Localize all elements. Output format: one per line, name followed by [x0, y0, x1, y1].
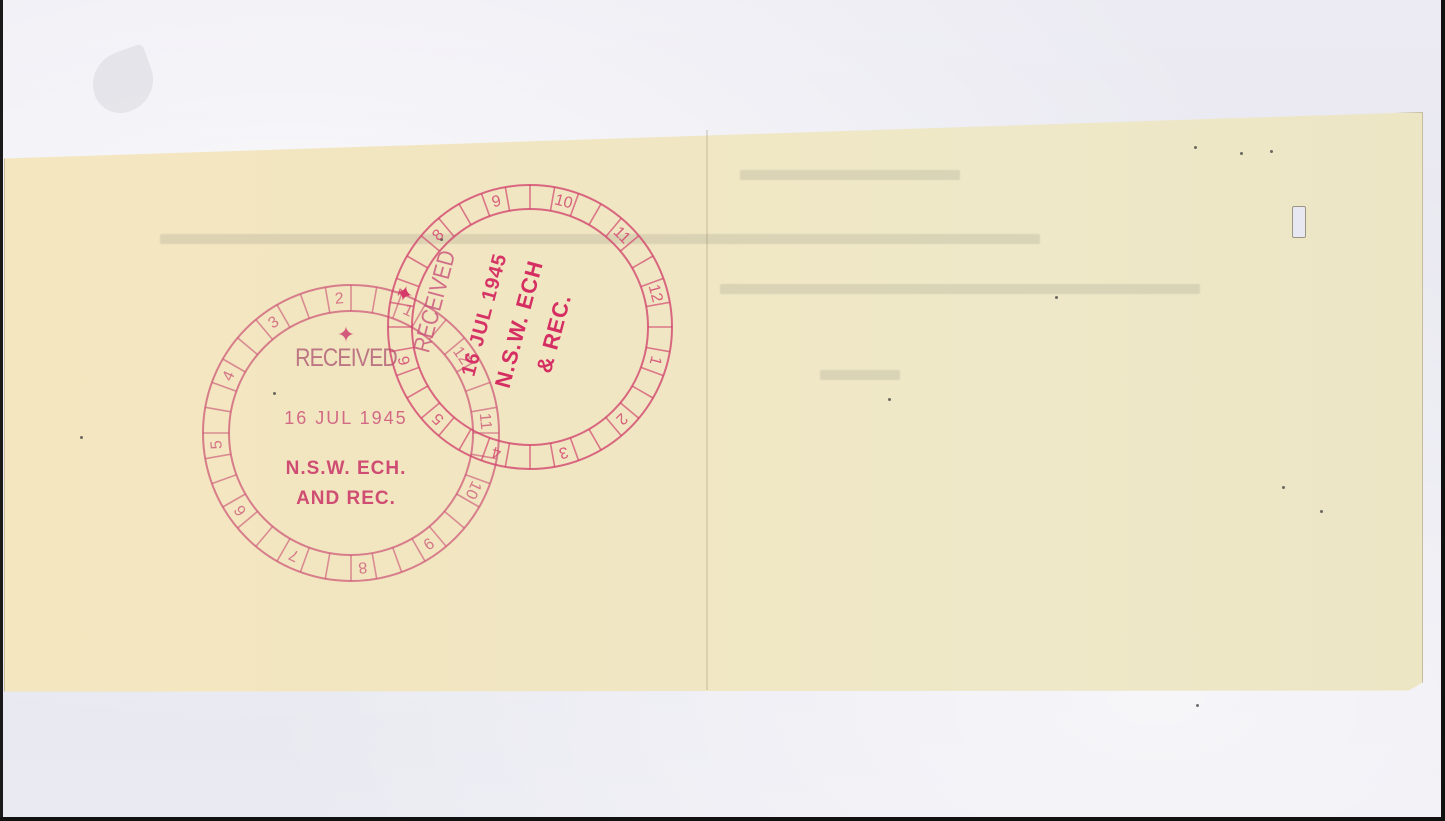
stamp-line-2: AND REC.	[193, 488, 499, 510]
scan-border-bottom	[0, 817, 1445, 821]
ink-speck	[1194, 146, 1197, 149]
paper-fold-line	[706, 130, 708, 690]
svg-text:5: 5	[429, 409, 447, 427]
svg-text:3: 3	[557, 443, 570, 462]
ink-speck	[80, 436, 83, 439]
ink-speck	[1240, 152, 1243, 155]
svg-text:10: 10	[553, 191, 575, 212]
ink-speck	[1055, 296, 1058, 299]
svg-text:2: 2	[612, 409, 630, 427]
scan-border-left	[0, 0, 3, 821]
svg-text:5: 5	[208, 439, 226, 449]
ink-speck	[1196, 704, 1199, 707]
svg-text:12: 12	[645, 283, 666, 305]
svg-text:6: 6	[396, 354, 415, 367]
svg-text:9: 9	[490, 193, 503, 212]
svg-text:1: 1	[646, 354, 665, 367]
show-through-text	[820, 368, 900, 385]
svg-text:7: 7	[286, 545, 301, 564]
svg-text:2: 2	[334, 290, 344, 308]
ink-speck	[1282, 486, 1285, 489]
scan-border-right	[1441, 0, 1445, 821]
svg-text:4: 4	[490, 443, 503, 462]
svg-text:9: 9	[420, 534, 437, 553]
ink-speck	[1320, 510, 1323, 513]
punch-hole	[1292, 206, 1306, 238]
ink-speck	[1270, 150, 1273, 153]
show-through-text	[740, 168, 960, 185]
ink-speck	[888, 398, 891, 401]
svg-text:8: 8	[429, 226, 447, 244]
show-through-text	[720, 282, 1200, 299]
svg-text:8: 8	[357, 558, 367, 576]
received-stamp-right: 910111212345678 ✦ RECEIVED 16 JUL 1945 N…	[380, 182, 680, 472]
